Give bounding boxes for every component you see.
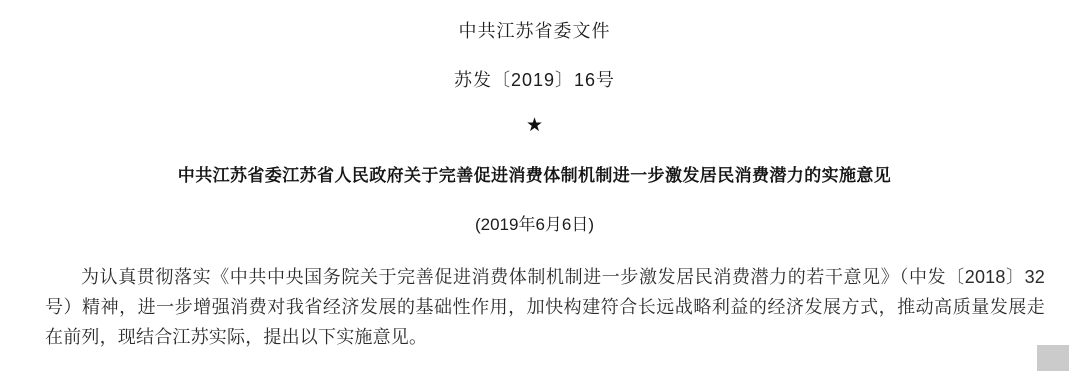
- document-title: 中共江苏省委江苏省人民政府关于完善促进消费体制机制进一步激发居民消费潜力的实施意…: [0, 165, 1069, 187]
- corner-watermark-square: [1037, 345, 1069, 371]
- document-org-line: 中共江苏省委文件: [0, 0, 1069, 43]
- document-page: 中共江苏省委文件 苏发〔2019〕16号 ★ 中共江苏省委江苏省人民政府关于完善…: [0, 0, 1069, 352]
- document-body-paragraph: 为认真贯彻落实《中共中央国务院关于完善促进消费体制机制进一步激发居民消费潜力的若…: [45, 262, 1045, 352]
- document-date: (2019年6月6日): [0, 214, 1069, 236]
- star-icon: ★: [0, 115, 1069, 137]
- document-number: 苏发〔2019〕16号: [0, 69, 1069, 92]
